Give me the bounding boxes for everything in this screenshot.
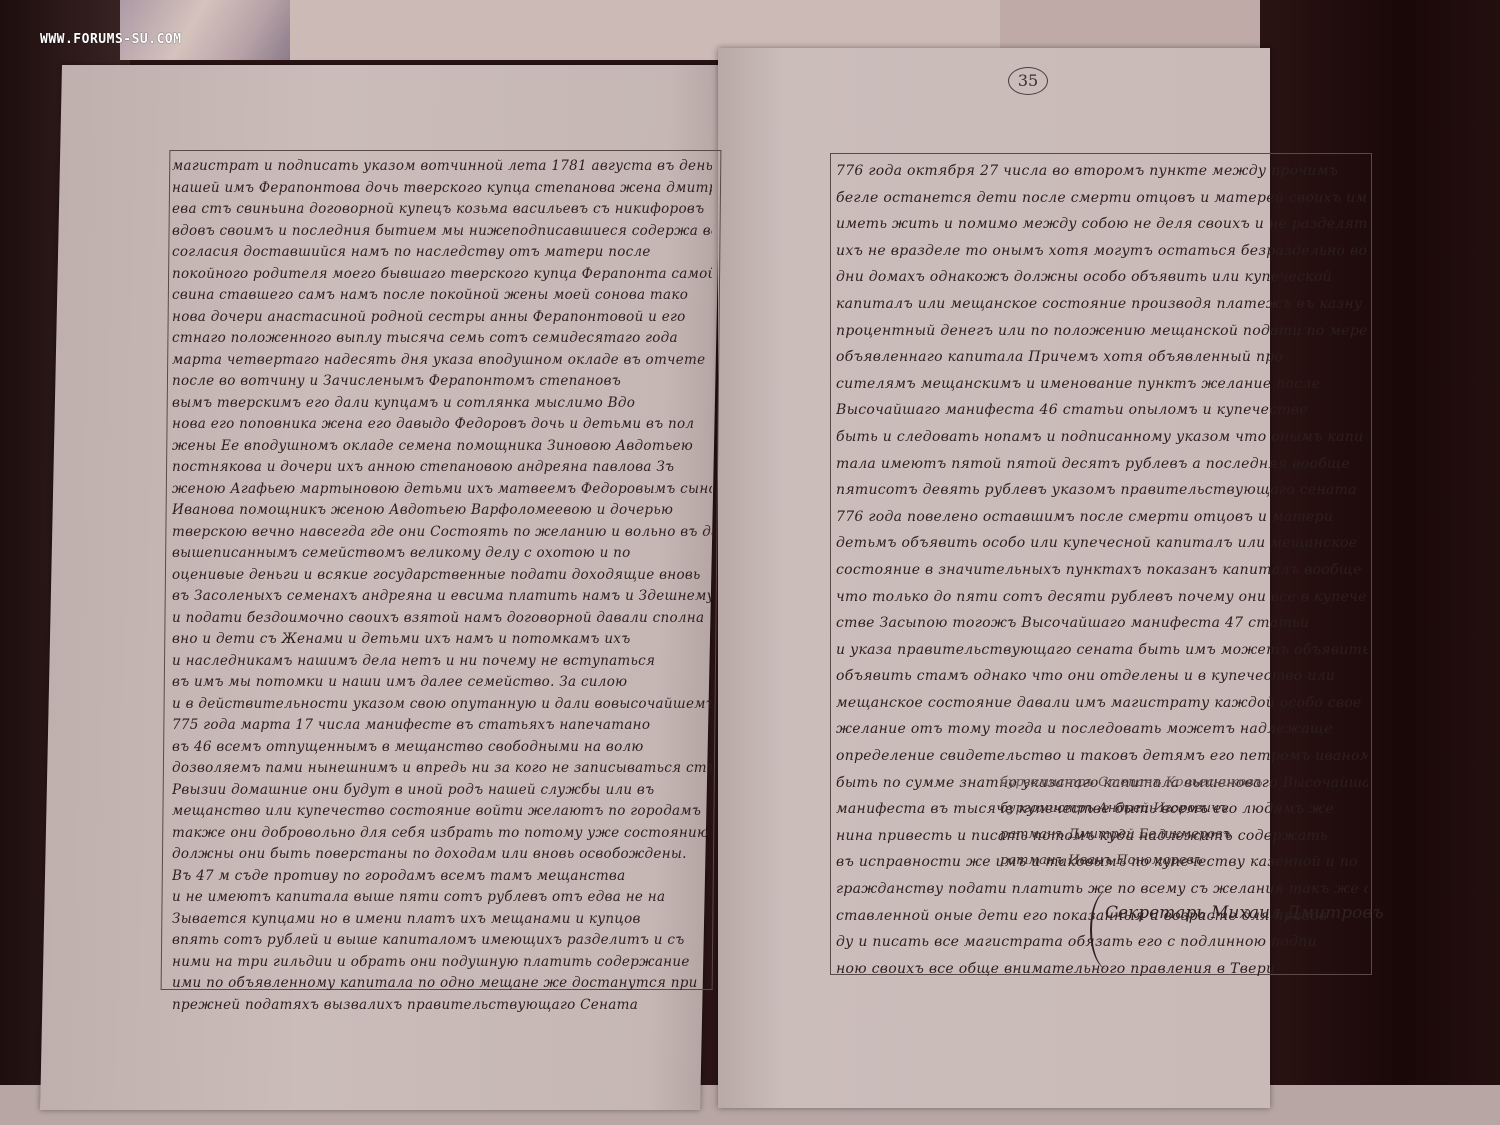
manuscript-line: Въ 47 м съде противу по городамъ всемъ т… — [172, 866, 712, 888]
manuscript-line: и не имеютъ капитала выше пяти сотъ рубл… — [172, 887, 712, 909]
manuscript-line: постнякова и дочери ихъ анною степановою… — [172, 457, 712, 479]
manuscript-line: стнаго положенного выплу тысяча семь сот… — [172, 328, 712, 350]
manuscript-line: Иванова помощникъ женою Авдотьею Варфоло… — [172, 500, 712, 522]
manuscript-line: женою Агафьею мартыновою детьми ихъ матв… — [172, 479, 712, 501]
manuscript-line: и в действительности указом свою опутанн… — [172, 694, 712, 716]
manuscript-line: желание отъ тому тогда и последовать мож… — [836, 716, 1368, 743]
signature-line: ратманъ Иванъ Пономаревъ — [1000, 848, 1263, 874]
manuscript-line: ними на три гильдии и обрать они подушну… — [172, 952, 712, 974]
manuscript-line: въ Засоленыхъ семенахъ андреяна и евсима… — [172, 586, 712, 608]
manuscript-line: иметь жить и помимо между собою не деля … — [836, 211, 1368, 238]
manuscript-line: и наследникамъ нашимъ дела нетъ и ни поч… — [172, 651, 712, 673]
manuscript-line: и указа правительствующаго сената быть и… — [836, 637, 1368, 664]
signature-line: ратманъ Дмитрей Беликмеровъ — [1000, 822, 1263, 848]
watermark: WWW.FORUMS-SU.COM — [40, 32, 182, 47]
manuscript-line: после во вотчину и Зачисленымъ Ферапонто… — [172, 371, 712, 393]
manuscript-line: жены Ее вподушномъ окладе семена помощни… — [172, 436, 712, 458]
manuscript-line: 776 года повелено оставшимъ после смерти… — [836, 504, 1368, 531]
manuscript-line: процентный денегъ или по положению мещан… — [836, 318, 1368, 345]
manuscript-line: быть и следовать нопамъ и подписанному у… — [836, 424, 1368, 451]
manuscript-line: свина ставшего самъ намъ после покойной … — [172, 285, 712, 307]
manuscript-line: въ имъ мы потомки и наши имъ далее семей… — [172, 672, 712, 694]
manuscript-line: Высочайшаго манифеста 46 статьи опыломъ … — [836, 397, 1368, 424]
manuscript-line: мещанское состояние давали имъ магистрат… — [836, 690, 1368, 717]
manuscript-line: магистрат и подписать указом вотчинной л… — [172, 156, 712, 178]
manuscript-line: прежней податяхъ вызвалихъ правительству… — [172, 995, 712, 1017]
manuscript-line: 776 года октября 27 числа во второмъ пун… — [836, 158, 1368, 185]
manuscript-line: капиталъ или мещанское состояние произво… — [836, 291, 1368, 318]
manuscript-line: согласия доставшийся намъ по наследству … — [172, 242, 712, 264]
manuscript-line: марта четвертаго надесять дня указа впод… — [172, 350, 712, 372]
manuscript-line: 775 года марта 17 числа манифесте въ ста… — [172, 715, 712, 737]
manuscript-line: тверскою вечно навсегда где они Состоять… — [172, 522, 712, 544]
manuscript-line: ихъ не вразделе то онымъ хотя могутъ ост… — [836, 238, 1368, 265]
manuscript-line: нова дочери анастасиной родной сестры ан… — [172, 307, 712, 329]
manuscript-line: впять сотъ рублей и выше капиталомъ имею… — [172, 930, 712, 952]
secretary-signature: Секретарь Михаил Дмитровъ — [1105, 903, 1384, 923]
manuscript-line: Рвызии домашние они будут в иной родъ на… — [172, 780, 712, 802]
manuscript-line: определение свидетельство и таковъ детям… — [836, 743, 1368, 770]
manuscript-line: тала имеютъ пятой пятой десятъ рублевъ а… — [836, 451, 1368, 478]
manuscript-line: вышеписаннымъ семействомъ великому делу … — [172, 543, 712, 565]
manuscript-line: объявленнаго капитала Причемъ хотя объяв… — [836, 344, 1368, 371]
background-foil — [120, 0, 300, 60]
manuscript-line: въ 46 всемъ отпущеннымъ в мещанство своб… — [172, 737, 712, 759]
manuscript-line: нашей имъ Ферапонтова дочь тверского куп… — [172, 178, 712, 200]
left-page-text: магистрат и подписать указом вотчинной л… — [172, 156, 712, 1016]
manuscript-line: вдовъ своимъ и последния бытием мы нижеп… — [172, 221, 712, 243]
manuscript-line: должны они быть поверстаны по доходам ил… — [172, 844, 712, 866]
manuscript-line: пятисотъ девять рублевъ указомъ правител… — [836, 477, 1368, 504]
background-paper-sheet-2 — [1000, 0, 1260, 55]
manuscript-line: детьмъ объявить особо или купечесной кап… — [836, 530, 1368, 557]
manuscript-line: вно и дети съ Женами и детьми ихъ намъ и… — [172, 629, 712, 651]
manuscript-line: объявить стамъ однако что они отделены и… — [836, 663, 1368, 690]
page-number: 35 — [1008, 67, 1048, 95]
manuscript-line: ева стъ свиньина договорной купецъ козьм… — [172, 199, 712, 221]
manuscript-line: оценивые деньги и всякие государственные… — [172, 565, 712, 587]
signature-block: бургомистръ Степанъ Кольесниковъбургомис… — [1000, 770, 1263, 874]
signature-flourish — [1090, 890, 1128, 970]
manuscript-line: стве Засыпою тогожъ Высочайшаго манифест… — [836, 610, 1368, 637]
manuscript-line: мещанство или купечество состояние войти… — [172, 801, 712, 823]
manuscript-line: вымъ тверскимъ его дали купцамъ и сотлян… — [172, 393, 712, 415]
manuscript-line: и подати бездоимочно своихъ взятой намъ … — [172, 608, 712, 630]
manuscript-line: нова его поповника жена его давыдо Федор… — [172, 414, 712, 436]
manuscript-line: также они добровольно для себя избрать т… — [172, 823, 712, 845]
manuscript-line: ими по объявленному капитала по одно мещ… — [172, 973, 712, 995]
manuscript-line: что только до пяти сотъ десяти рублевъ п… — [836, 584, 1368, 611]
manuscript-line: бегле останется дети после смерти отцовъ… — [836, 185, 1368, 212]
manuscript-line: дни домахъ однакожъ должны особо объявит… — [836, 264, 1368, 291]
manuscript-line: Зывается купцами но в имени платъ ихъ ме… — [172, 909, 712, 931]
manuscript-line: сителямъ мещанскимъ и именование пунктъ … — [836, 371, 1368, 398]
signature-line: бургомистръ Степанъ Кольесниковъ — [1000, 770, 1263, 796]
manuscript-line: состояние в значительныхъ пунктахъ показ… — [836, 557, 1368, 584]
manuscript-line: покойного родителя моего бывшаго тверско… — [172, 264, 712, 286]
manuscript-line: дозволяемъ пами нынешнимъ и впредь ни за… — [172, 758, 712, 780]
signature-line: бургомистръ Андрей Игоровичъ — [1000, 796, 1263, 822]
